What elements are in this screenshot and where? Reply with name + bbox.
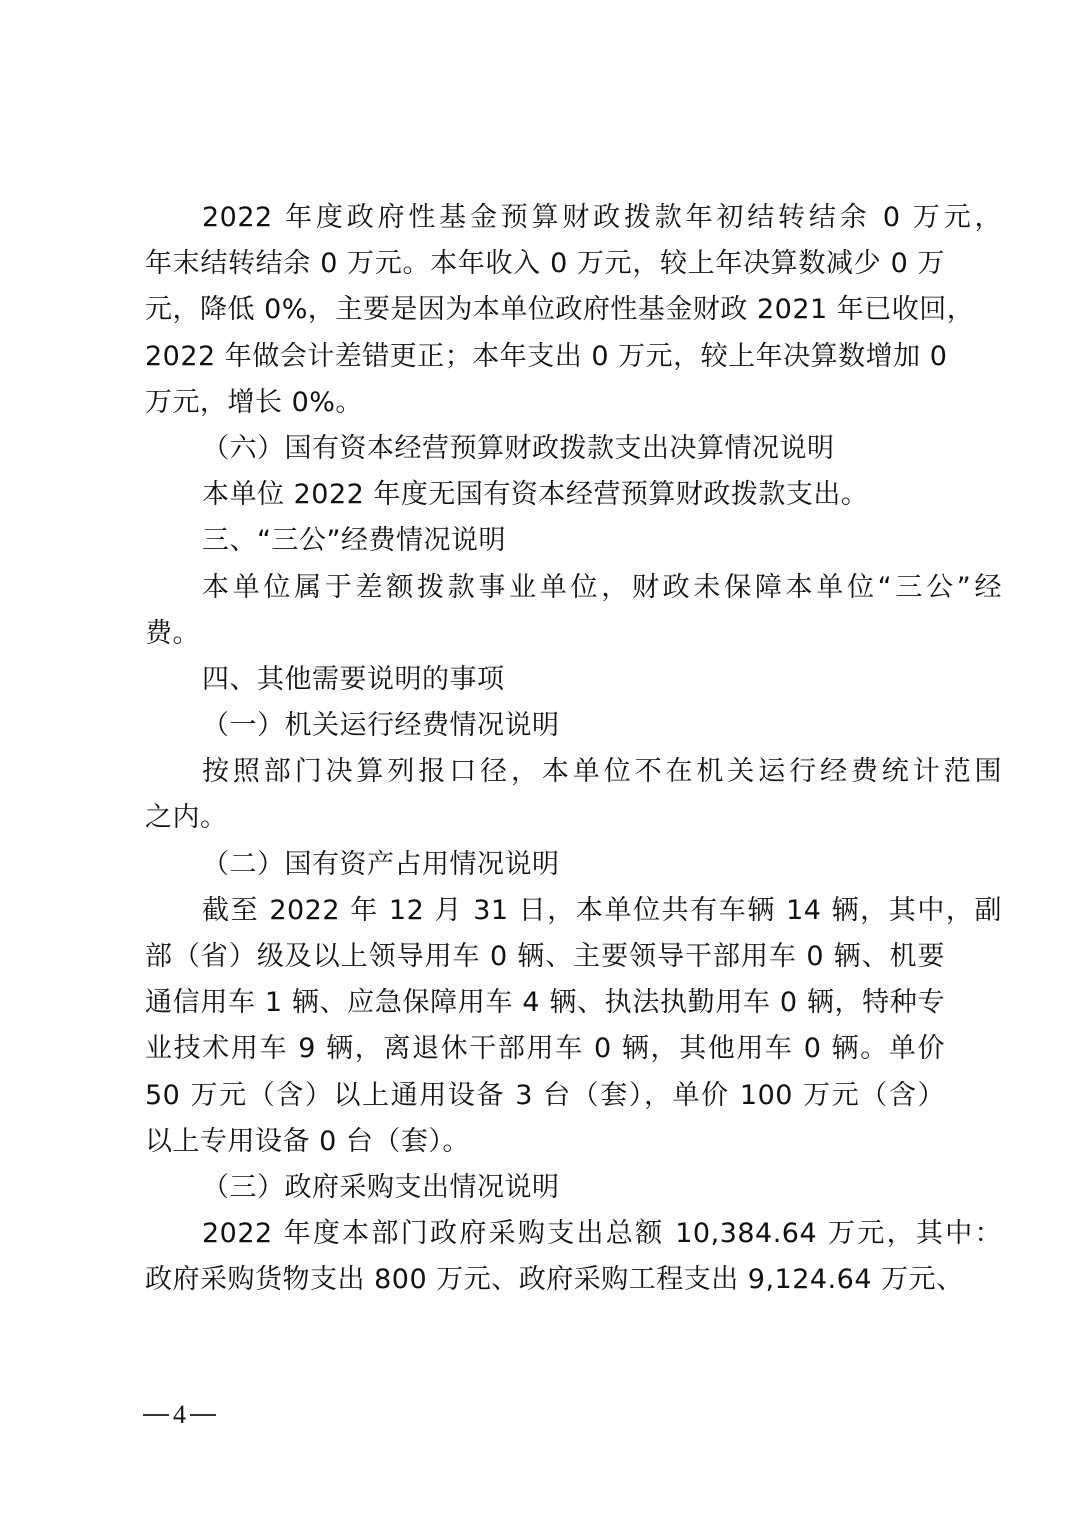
paragraph-line: 2022 年度本部门政府采购支出总额 10,384.64 万元，其中： bbox=[145, 1211, 1002, 1257]
subsection-heading: （三）政府采购支出情况说明 bbox=[145, 1165, 945, 1211]
section-heading: （六）国有资本经营预算财政拨款支出决算情况说明 bbox=[145, 426, 945, 472]
paragraph-line: 截至 2022 年 12 月 31 日，本单位共有车辆 14 辆，其中，副 bbox=[145, 888, 1002, 934]
paragraph-line: 费。 bbox=[145, 611, 945, 657]
footer-dash-left bbox=[143, 1414, 169, 1416]
paragraph-line: 按照部门决算列报口径，本单位不在机关运行经费统计范围 bbox=[145, 749, 1002, 795]
paragraph-line: 政府采购货物支出 800 万元、政府采购工程支出 9,124.64 万元、 bbox=[145, 1257, 945, 1303]
paragraph-line: 业技术用车 9 辆，离退休干部用车 0 辆，其他用车 0 辆。单价 bbox=[145, 1026, 945, 1072]
paragraph-line: 以上专用设备 0 台（套）。 bbox=[145, 1119, 945, 1165]
page-footer: 4 bbox=[143, 1400, 216, 1430]
subsection-heading: （一）机关运行经费情况说明 bbox=[145, 703, 945, 749]
subsection-heading: （二）国有资产占用情况说明 bbox=[145, 842, 945, 888]
document-page: 2022 年度政府性基金预算财政拨款年初结转结余 0 万元， 年末结转结余 0 … bbox=[145, 195, 945, 1304]
paragraph-line: 部（省）级及以上领导用车 0 辆、主要领导干部用车 0 辆、机要 bbox=[145, 934, 945, 980]
paragraph-line: 元，降低 0%，主要是因为本单位政府性基金财政 2021 年已收回， bbox=[145, 287, 945, 333]
paragraph-line: 万元，增长 0%。 bbox=[145, 380, 945, 426]
footer-dash-right bbox=[190, 1414, 216, 1416]
paragraph-line: 本单位属于差额拨款事业单位，财政未保障本单位“三公”经 bbox=[145, 565, 1002, 611]
section-heading: 四、其他需要说明的事项 bbox=[145, 657, 945, 703]
paragraph-line: 本单位 2022 年度无国有资本经营预算财政拨款支出。 bbox=[145, 472, 945, 518]
paragraph-line: 年末结转结余 0 万元。本年收入 0 万元，较上年决算数减少 0 万 bbox=[145, 241, 945, 287]
paragraph-line: 之内。 bbox=[145, 795, 945, 841]
paragraph-line: 50 万元（含）以上通用设备 3 台（套），单价 100 万元（含） bbox=[145, 1073, 945, 1119]
paragraph-line: 2022 年度政府性基金预算财政拨款年初结转结余 0 万元， bbox=[145, 195, 1002, 241]
page-number: 4 bbox=[173, 1400, 186, 1430]
paragraph-line: 2022 年做会计差错更正；本年支出 0 万元，较上年决算数增加 0 bbox=[145, 334, 945, 380]
paragraph-line: 通信用车 1 辆、应急保障用车 4 辆、执法执勤用车 0 辆，特种专 bbox=[145, 980, 945, 1026]
section-heading: 三、“三公”经费情况说明 bbox=[145, 518, 945, 564]
